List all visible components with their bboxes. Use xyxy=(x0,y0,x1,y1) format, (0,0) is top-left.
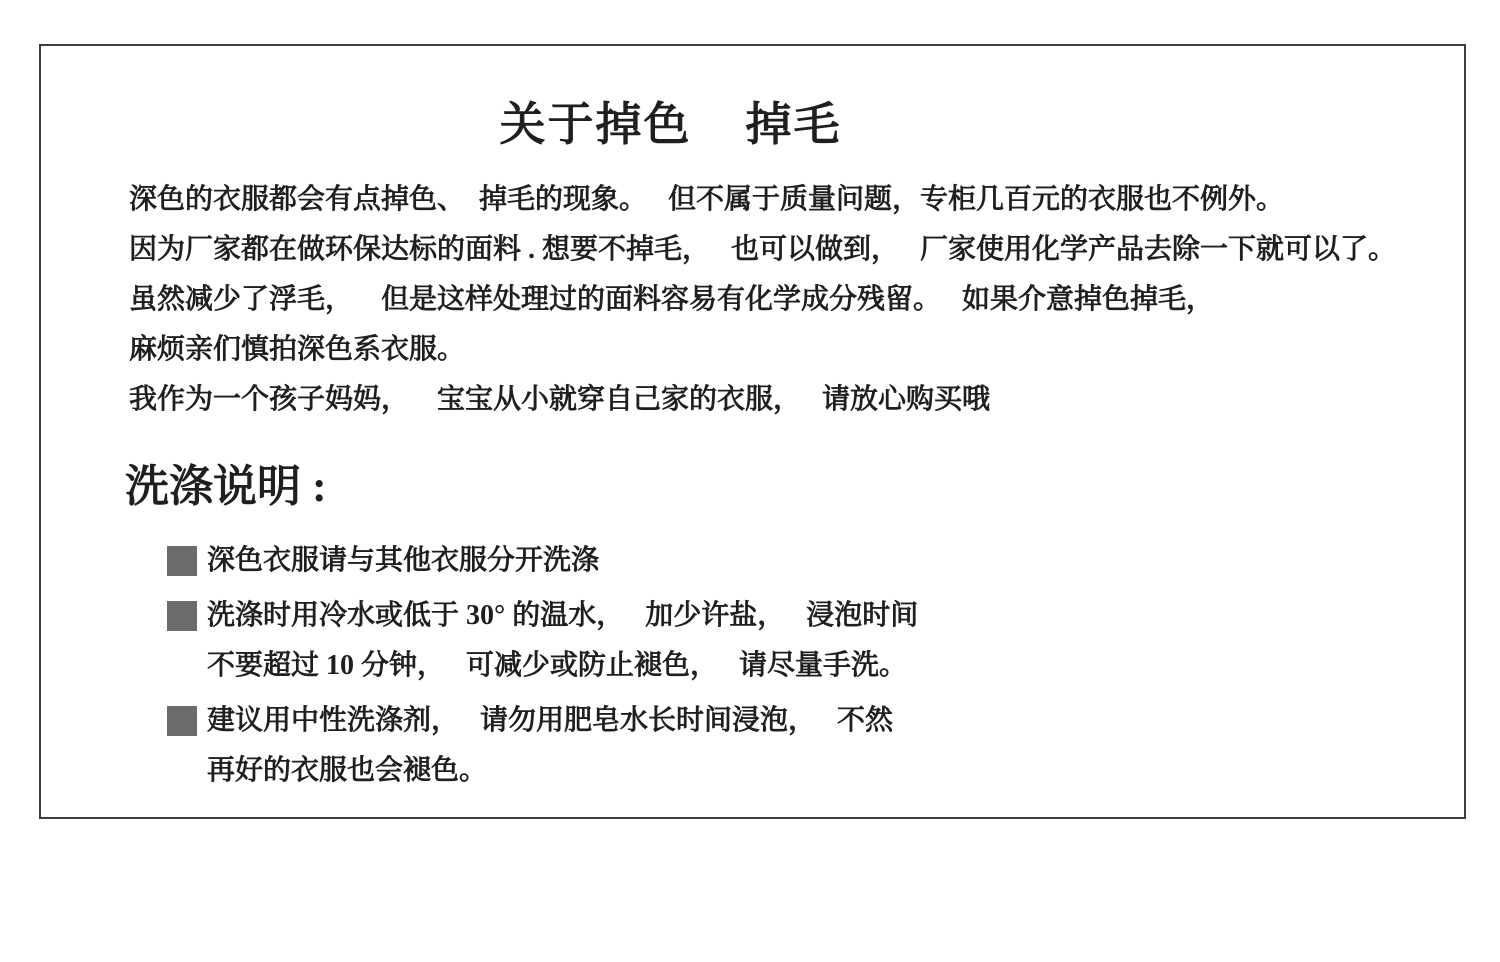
washing-instruction-item-1: 深色衣服请与其他衣服分开洗涤 xyxy=(167,536,1464,586)
washing-instructions-heading: 洗涤说明 : xyxy=(125,461,1464,514)
intro-paragraph: 深色的衣服都会有点掉色、 掉毛的现象。 但不属于质量问题，专柜几百元的衣服也不例… xyxy=(129,175,1444,425)
intro-paragraph-line-4: 麻烦亲们慎拍深色系衣服。 xyxy=(129,325,1444,375)
washing-instructions-list: 深色衣服请与其他衣服分开洗涤 洗涤时用冷水或低于 30° 的温水， 加少许盐， … xyxy=(167,536,1464,796)
page-title: 关于掉色 掉毛 xyxy=(41,102,1300,148)
intro-paragraph-line-1: 深色的衣服都会有点掉色、 掉毛的现象。 但不属于质量问题，专柜几百元的衣服也不例… xyxy=(129,175,1444,225)
washing-instruction-text: 建议用中性洗涤剂， 请勿用肥皂水长时间浸泡， 不然 再好的衣服也会褪色。 xyxy=(207,696,893,796)
bullet-text-line: 洗涤时用冷水或低于 30° 的温水， 加少许盐， 浸泡时间 xyxy=(207,591,918,641)
square-bullet-icon xyxy=(167,706,197,736)
washing-instruction-text: 洗涤时用冷水或低于 30° 的温水， 加少许盐， 浸泡时间 不要超过 10 分钟… xyxy=(207,591,918,691)
washing-instruction-item-2: 洗涤时用冷水或低于 30° 的温水， 加少许盐， 浸泡时间 不要超过 10 分钟… xyxy=(167,591,1464,691)
bullet-text-line: 不要超过 10 分钟， 可减少或防止褪色， 请尽量手洗。 xyxy=(207,641,918,691)
intro-paragraph-line-5: 我作为一个孩子妈妈， 宝宝从小就穿自己家的衣服， 请放心购买哦 xyxy=(129,375,1444,425)
square-bullet-icon xyxy=(167,601,197,631)
intro-paragraph-line-2: 因为厂家都在做环保达标的面料 . 想要不掉毛， 也可以做到， 厂家使用化学产品去… xyxy=(129,225,1444,275)
bullet-text-line: 建议用中性洗涤剂， 请勿用肥皂水长时间浸泡， 不然 xyxy=(207,696,893,746)
washing-instruction-text: 深色衣服请与其他衣服分开洗涤 xyxy=(207,536,599,586)
square-bullet-icon xyxy=(167,546,197,576)
intro-paragraph-line-3: 虽然减少了浮毛， 但是这样处理过的面料容易有化学成分残留。 如果介意掉色掉毛， xyxy=(129,275,1444,325)
notice-box: 关于掉色 掉毛 深色的衣服都会有点掉色、 掉毛的现象。 但不属于质量问题，专柜几… xyxy=(39,44,1466,819)
washing-instruction-item-3: 建议用中性洗涤剂， 请勿用肥皂水长时间浸泡， 不然 再好的衣服也会褪色。 xyxy=(167,696,1464,796)
bullet-text-line: 再好的衣服也会褪色。 xyxy=(207,746,893,796)
bullet-text-line: 深色衣服请与其他衣服分开洗涤 xyxy=(207,536,599,586)
